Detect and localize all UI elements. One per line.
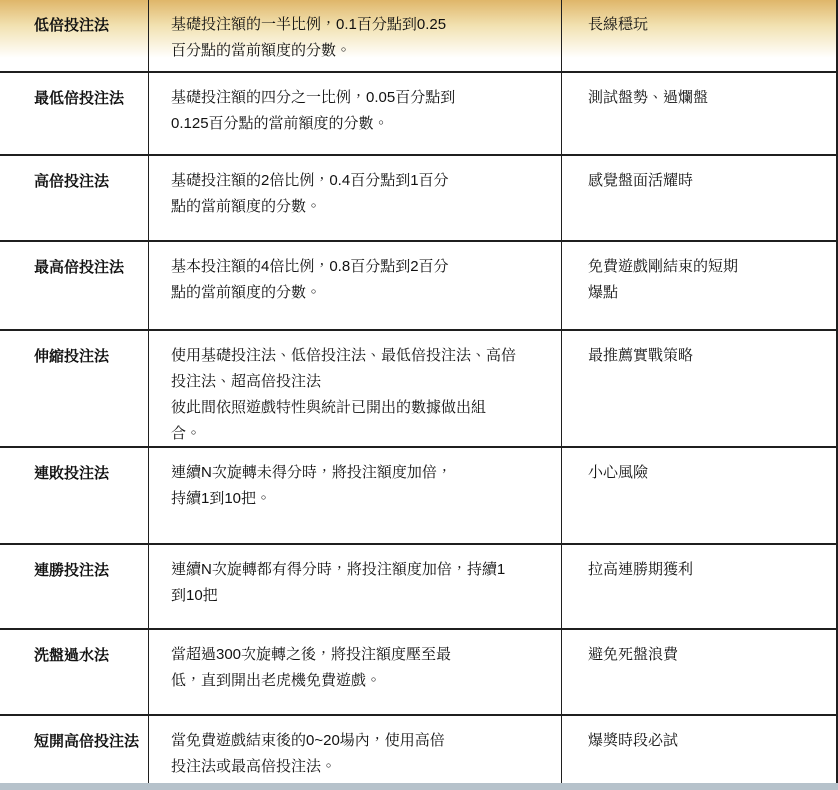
strategy-description-cell: 當免費遊戲結束後的0~20場內，使用高倍 投注法或最高倍投注法。 <box>148 716 561 790</box>
strategy-name-cell: 高倍投注法 <box>0 156 148 240</box>
strategy-note-cell: 長線穩玩 <box>561 0 836 71</box>
strategy-note-cell: 最推薦實戰策略 <box>561 331 836 446</box>
strategy-note-cell: 小心風險 <box>561 448 836 543</box>
table-row: 最低倍投注法 基礎投注額的四分之一比例，0.05百分點到 0.125百分點的當前… <box>0 73 836 156</box>
strategy-description-cell: 基礎投注額的2倍比例，0.4百分點到1百分 點的當前額度的分數。 <box>148 156 561 240</box>
strategy-note-cell: 免費遊戲剛結束的短期 爆點 <box>561 242 836 329</box>
strategy-table: 低倍投注法 基礎投注額的一半比例，0.1百分點到0.25 百分點的當前額度的分數… <box>0 0 838 790</box>
strategy-name-cell: 連勝投注法 <box>0 545 148 628</box>
strategy-note-cell: 爆獎時段必試 <box>561 716 836 790</box>
strategy-name-cell: 最高倍投注法 <box>0 242 148 329</box>
strategy-name-cell: 最低倍投注法 <box>0 73 148 154</box>
strategy-note-cell: 避免死盤浪費 <box>561 630 836 714</box>
strategy-note-cell: 測試盤勢、過爛盤 <box>561 73 836 154</box>
table-row: 最高倍投注法 基本投注額的4倍比例，0.8百分點到2百分 點的當前額度的分數。 … <box>0 242 836 331</box>
strategy-description-cell: 連續N次旋轉未得分時，將投注額度加倍， 持續1到10把。 <box>148 448 561 543</box>
strategy-description-cell: 當超過300次旋轉之後，將投注額度壓至最 低，直到開出老虎機免費遊戲。 <box>148 630 561 714</box>
strategy-name-cell: 短開高倍投注法 <box>0 716 148 790</box>
table-row: 高倍投注法 基礎投注額的2倍比例，0.4百分點到1百分 點的當前額度的分數。 感… <box>0 156 836 242</box>
page-background: 低倍投注法 基礎投注額的一半比例，0.1百分點到0.25 百分點的當前額度的分數… <box>0 0 838 790</box>
bottom-scroll-bar[interactable] <box>0 783 838 790</box>
strategy-description-cell: 基礎投注額的一半比例，0.1百分點到0.25 百分點的當前額度的分數。 <box>148 0 561 71</box>
strategy-name-cell: 連敗投注法 <box>0 448 148 543</box>
table-row: 洗盤過水法 當超過300次旋轉之後，將投注額度壓至最 低，直到開出老虎機免費遊戲… <box>0 630 836 716</box>
strategy-description-cell: 使用基礎投注法、低倍投注法、最低倍投注法、高倍 投注法、超高倍投注法 彼此間依照… <box>148 331 561 446</box>
strategy-description-cell: 基礎投注額的四分之一比例，0.05百分點到 0.125百分點的當前額度的分數。 <box>148 73 561 154</box>
strategy-description-cell: 基本投注額的4倍比例，0.8百分點到2百分 點的當前額度的分數。 <box>148 242 561 329</box>
table-row: 伸縮投注法 使用基礎投注法、低倍投注法、最低倍投注法、高倍 投注法、超高倍投注法… <box>0 331 836 448</box>
table-row: 連勝投注法 連續N次旋轉都有得分時，將投注額度加倍，持續1 到10把 拉高連勝期… <box>0 545 836 630</box>
strategy-note-cell: 感覺盤面活耀時 <box>561 156 836 240</box>
strategy-name-cell: 低倍投注法 <box>0 0 148 71</box>
table-row: 低倍投注法 基礎投注額的一半比例，0.1百分點到0.25 百分點的當前額度的分數… <box>0 0 836 73</box>
table-row: 短開高倍投注法 當免費遊戲結束後的0~20場內，使用高倍 投注法或最高倍投注法。… <box>0 716 836 790</box>
table-row: 連敗投注法 連續N次旋轉未得分時，將投注額度加倍， 持續1到10把。 小心風險 <box>0 448 836 545</box>
strategy-name-cell: 伸縮投注法 <box>0 331 148 446</box>
strategy-note-cell: 拉高連勝期獲利 <box>561 545 836 628</box>
strategy-name-cell: 洗盤過水法 <box>0 630 148 714</box>
strategy-description-cell: 連續N次旋轉都有得分時，將投注額度加倍，持續1 到10把 <box>148 545 561 628</box>
